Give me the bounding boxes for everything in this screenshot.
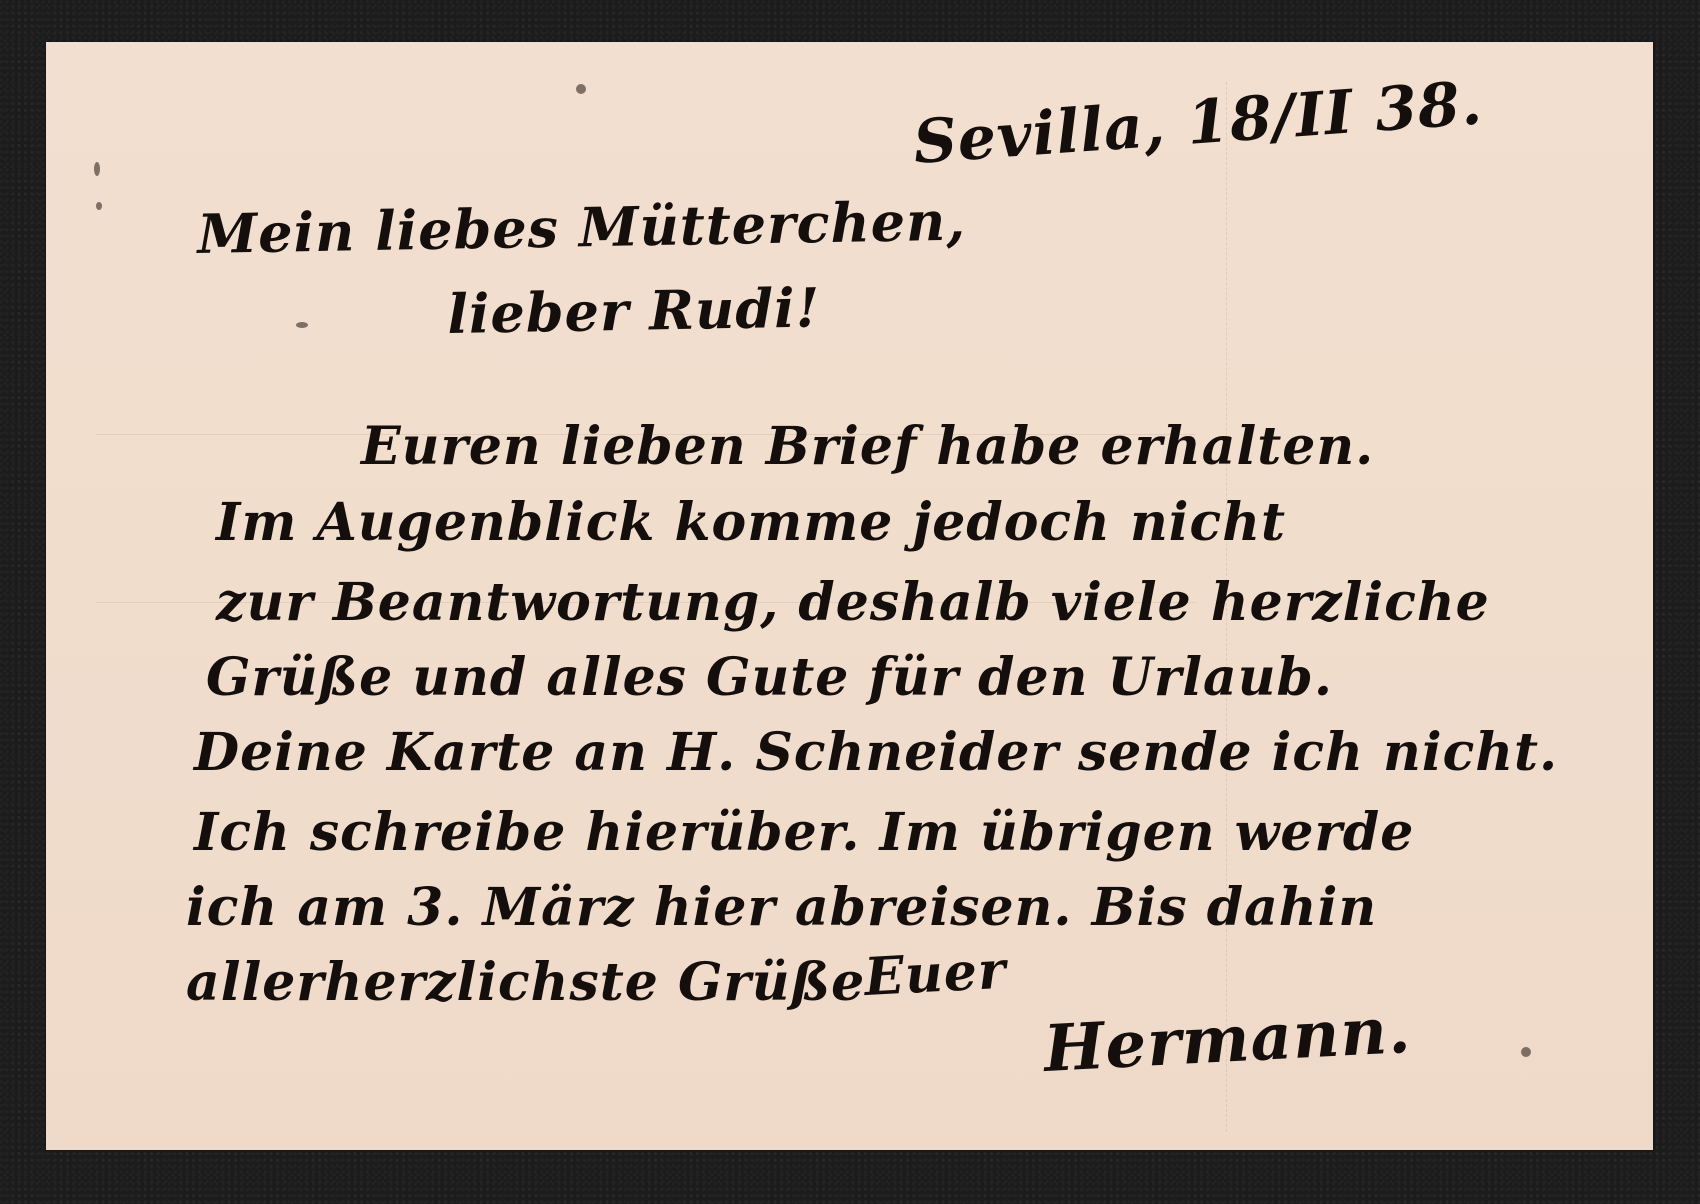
body-line: Deine Karte an H. Schneider sende ich ni… [194,722,1558,783]
ink-spot [296,322,308,328]
body-line: zur Beantwortung, deshalb viele herzlich… [216,572,1490,633]
salutation-line-1: Mein liebes Mütterchen, [197,189,967,266]
body-line: Ich schreibe hierüber. Im übrigen werde [194,802,1414,863]
salutation-line-2: lieber Rudi! [447,276,821,346]
postcard: Sevilla, 18/II 38. Mein liebes Mütterche… [46,42,1653,1150]
body-line: ich am 3. März hier abreisen. Bis dahin [186,877,1377,938]
closing: Euer [863,940,1008,1008]
ink-spot [94,162,100,176]
ink-spot [576,84,586,94]
body-line: Grüße und alles Gute für den Urlaub. [206,647,1333,708]
body-line: allerherzlichste Grüße [186,952,865,1013]
ink-spot [96,202,102,210]
body-line: Euren lieben Brief habe erhalten. [361,416,1374,477]
ink-spot [1521,1047,1531,1057]
body-line: Im Augenblick komme jedoch nicht [216,492,1286,553]
